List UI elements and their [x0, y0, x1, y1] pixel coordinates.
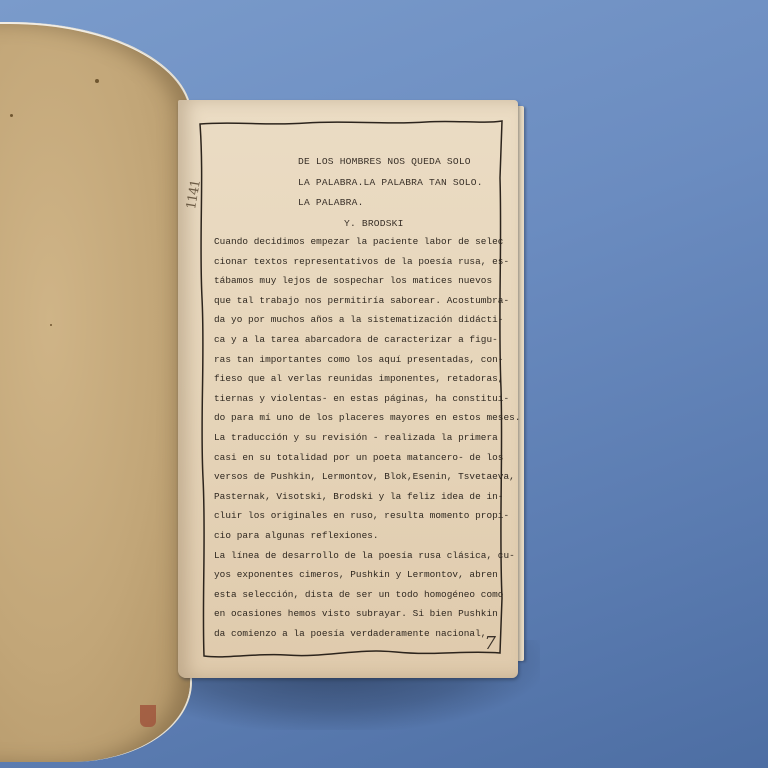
page-number: 7 [485, 633, 496, 654]
epigraph-line: DE LOS HOMBRES NOS QUEDA SOLO [298, 152, 483, 173]
text-line: tiernas y violentas- en estas páginas, h… [214, 389, 504, 409]
epigraph-author: Y. BRODSKI [298, 214, 483, 235]
text-line: cio para algunas reflexiones. [214, 526, 504, 546]
text-line: casi en su totalidad por un poeta matanc… [214, 448, 504, 468]
text-line: esta selección, dista de ser un todo hom… [214, 585, 504, 605]
text-line: en ocasiones hemos visto subrayar. Si bi… [214, 604, 504, 624]
photo-scene: 1141 DE LOS HOMBRES NOS QUEDA SOLO LA PA… [0, 0, 768, 768]
epigraph-line: LA PALABRA. [298, 193, 483, 214]
body-text: Cuando decidimos empezar la paciente lab… [214, 232, 504, 643]
text-line: da yo por muchos años a la sistematizaci… [214, 310, 504, 330]
text-line: tábamos muy lejos de sospechar los matic… [214, 271, 504, 291]
text-line: La línea de desarrollo de la poesía rusa… [214, 546, 504, 566]
text-line: versos de Pushkin, Lermontov, Blok,Eseni… [214, 467, 504, 487]
text-line: do para mí uno de los placeres mayores e… [214, 408, 504, 428]
text-line: Pasternak, Visotski, Brodski y la feliz … [214, 487, 504, 507]
left-page [0, 22, 190, 762]
text-line: ca y a la tarea abarcadora de caracteriz… [214, 330, 504, 350]
text-line: yos exponentes cimeros, Pushkin y Lermon… [214, 565, 504, 585]
bookmark-ribbon [140, 705, 156, 727]
text-line: La traducción y su revisión - realizada … [214, 428, 504, 448]
epigraph: DE LOS HOMBRES NOS QUEDA SOLO LA PALABRA… [298, 152, 483, 234]
text-line: cionar textos representativos de la poes… [214, 252, 504, 272]
epigraph-line: LA PALABRA.LA PALABRA TAN SOLO. [298, 173, 483, 194]
right-page: 1141 DE LOS HOMBRES NOS QUEDA SOLO LA PA… [178, 100, 518, 678]
text-line: ras tan importantes como los aquí presen… [214, 350, 504, 370]
text-line: cluir los originales en ruso, resulta mo… [214, 506, 504, 526]
text-line: da comienzo a la poesía verdaderamente n… [214, 624, 504, 644]
paper-speck [50, 324, 52, 326]
text-line: Cuando decidimos empezar la paciente lab… [214, 232, 504, 252]
paper-speck [95, 79, 99, 83]
text-line: que tal trabajo nos permitiría saborear.… [214, 291, 504, 311]
paper-speck [10, 114, 13, 117]
text-line: fieso que al verlas reunidas imponentes,… [214, 369, 504, 389]
